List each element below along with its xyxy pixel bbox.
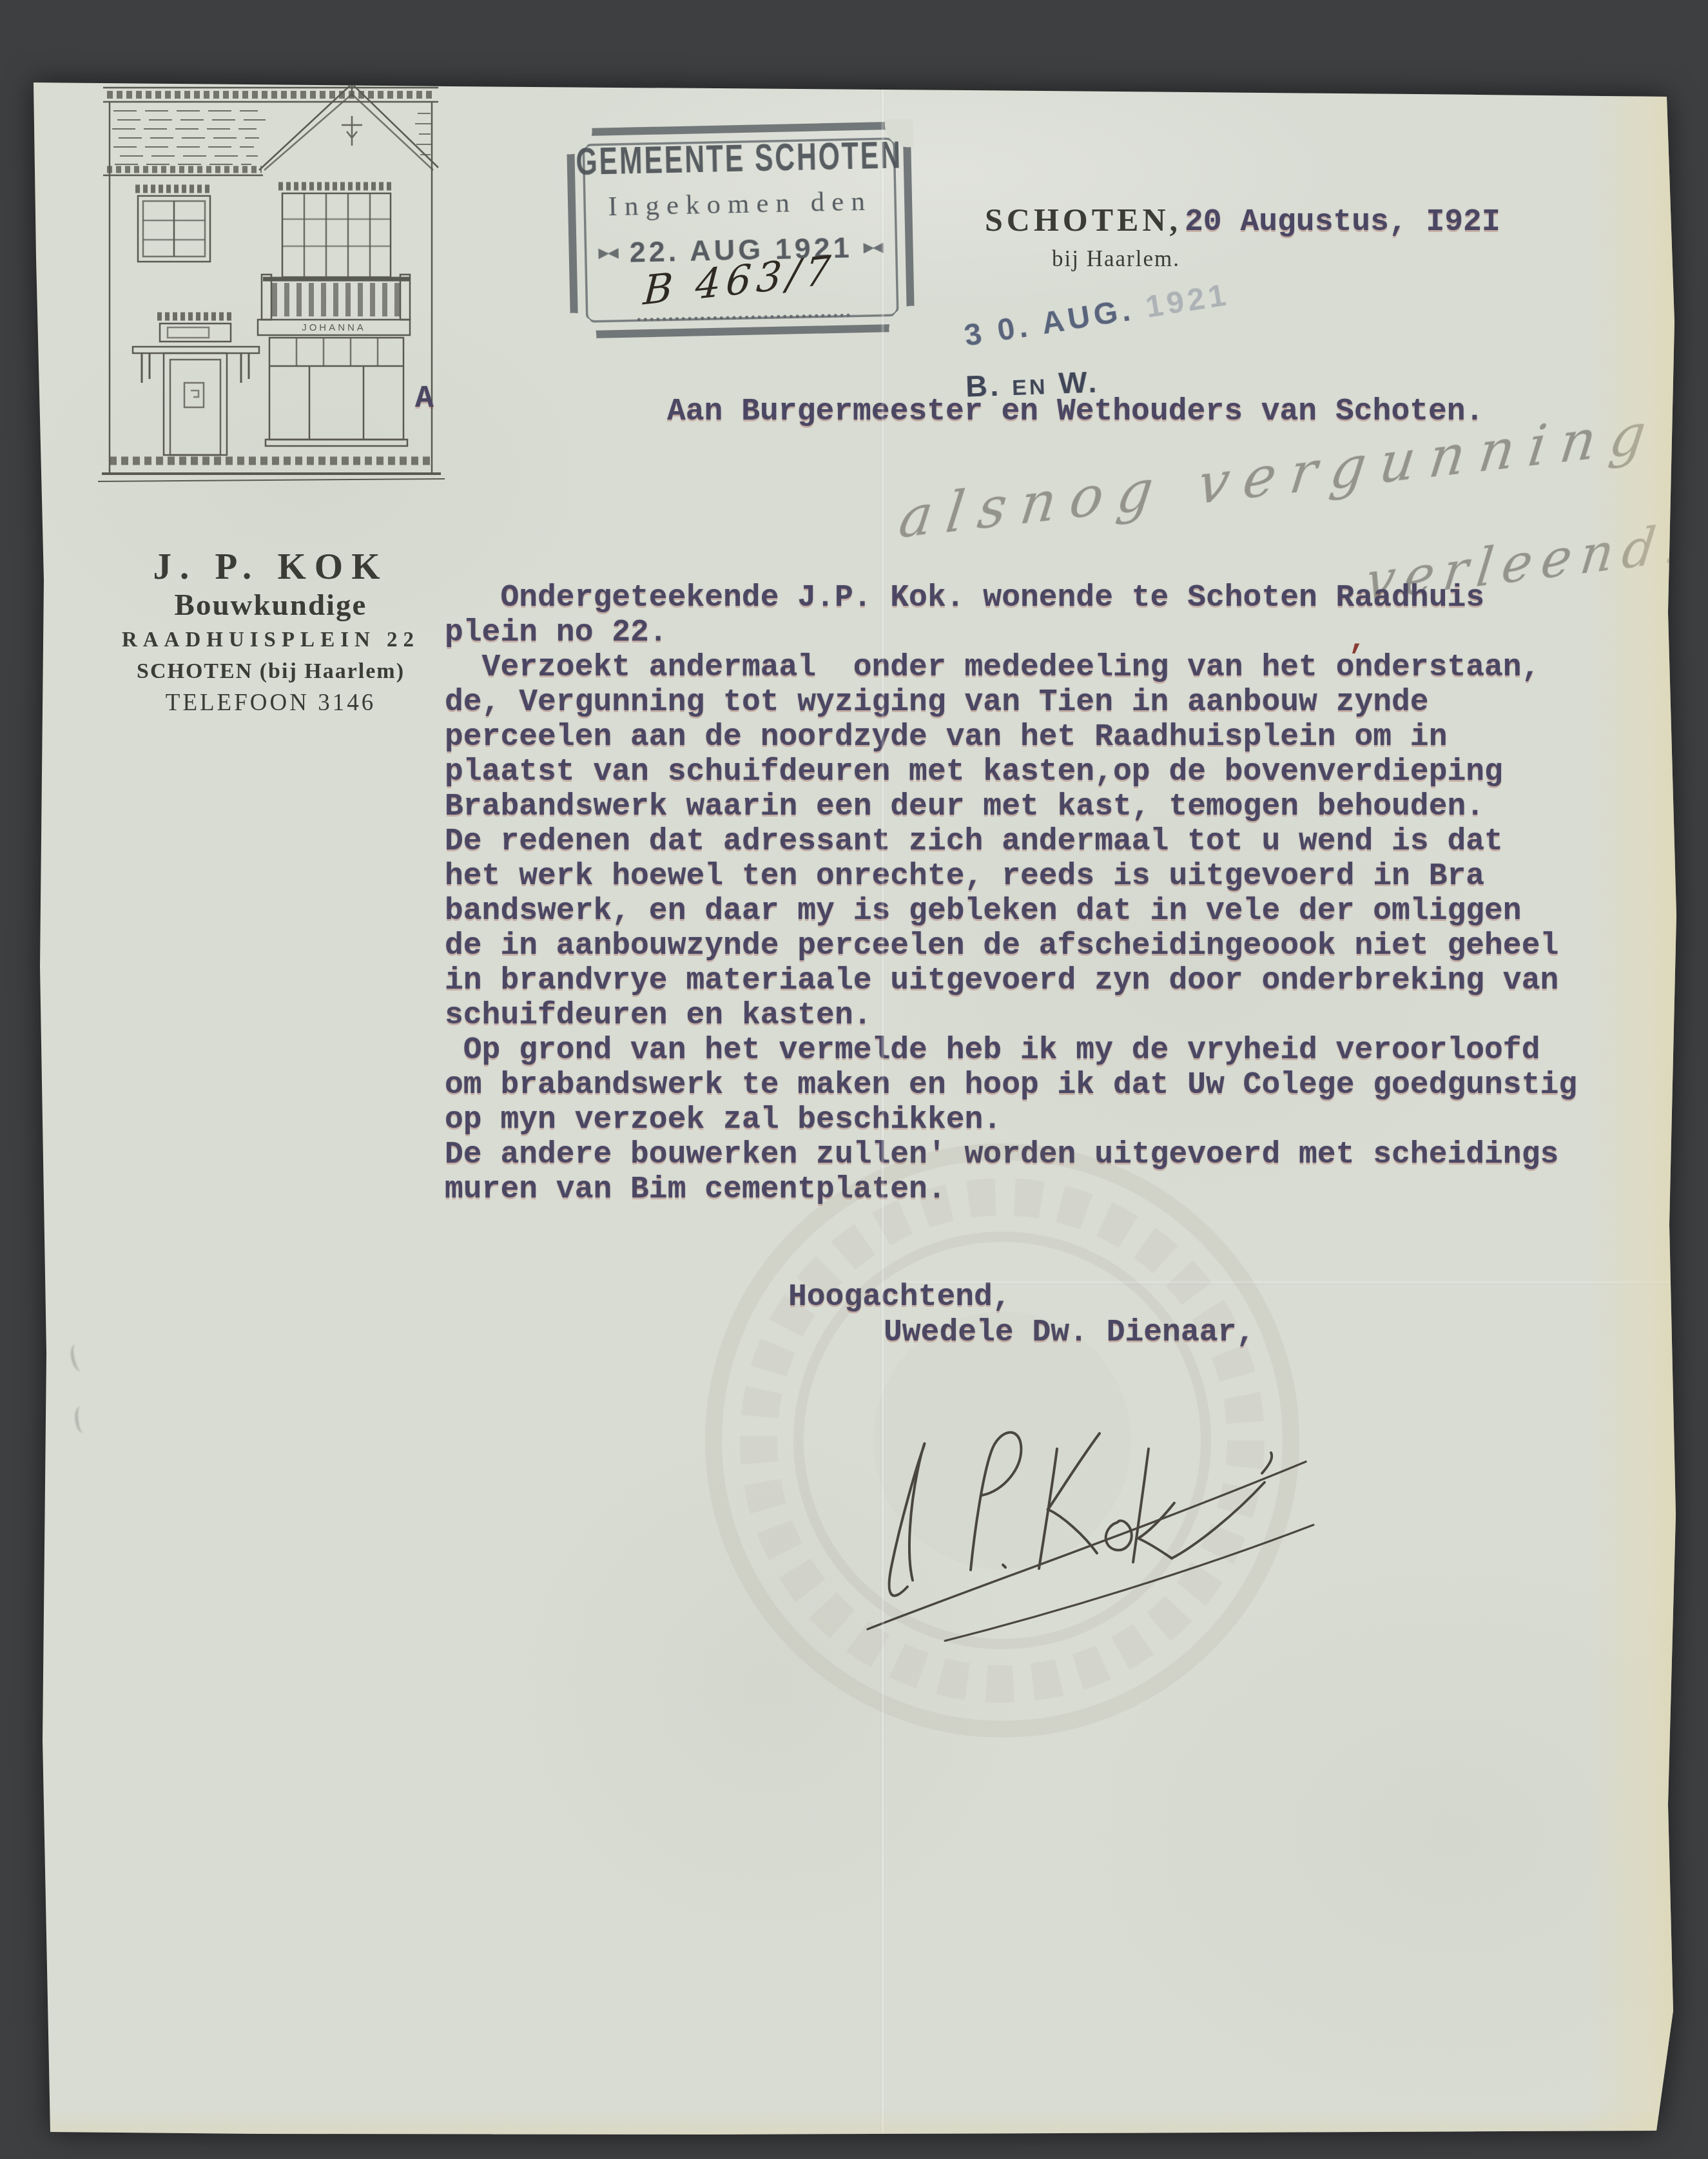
paper-edge-tint — [0, 0, 1708, 2159]
paper-sheet: JOHANNA J. P. KOK Bouwkundige RAADHUISPL… — [0, 0, 1708, 2159]
scanned-letter-page: JOHANNA J. P. KOK Bouwkundige RAADHUISPL… — [0, 0, 1708, 2159]
